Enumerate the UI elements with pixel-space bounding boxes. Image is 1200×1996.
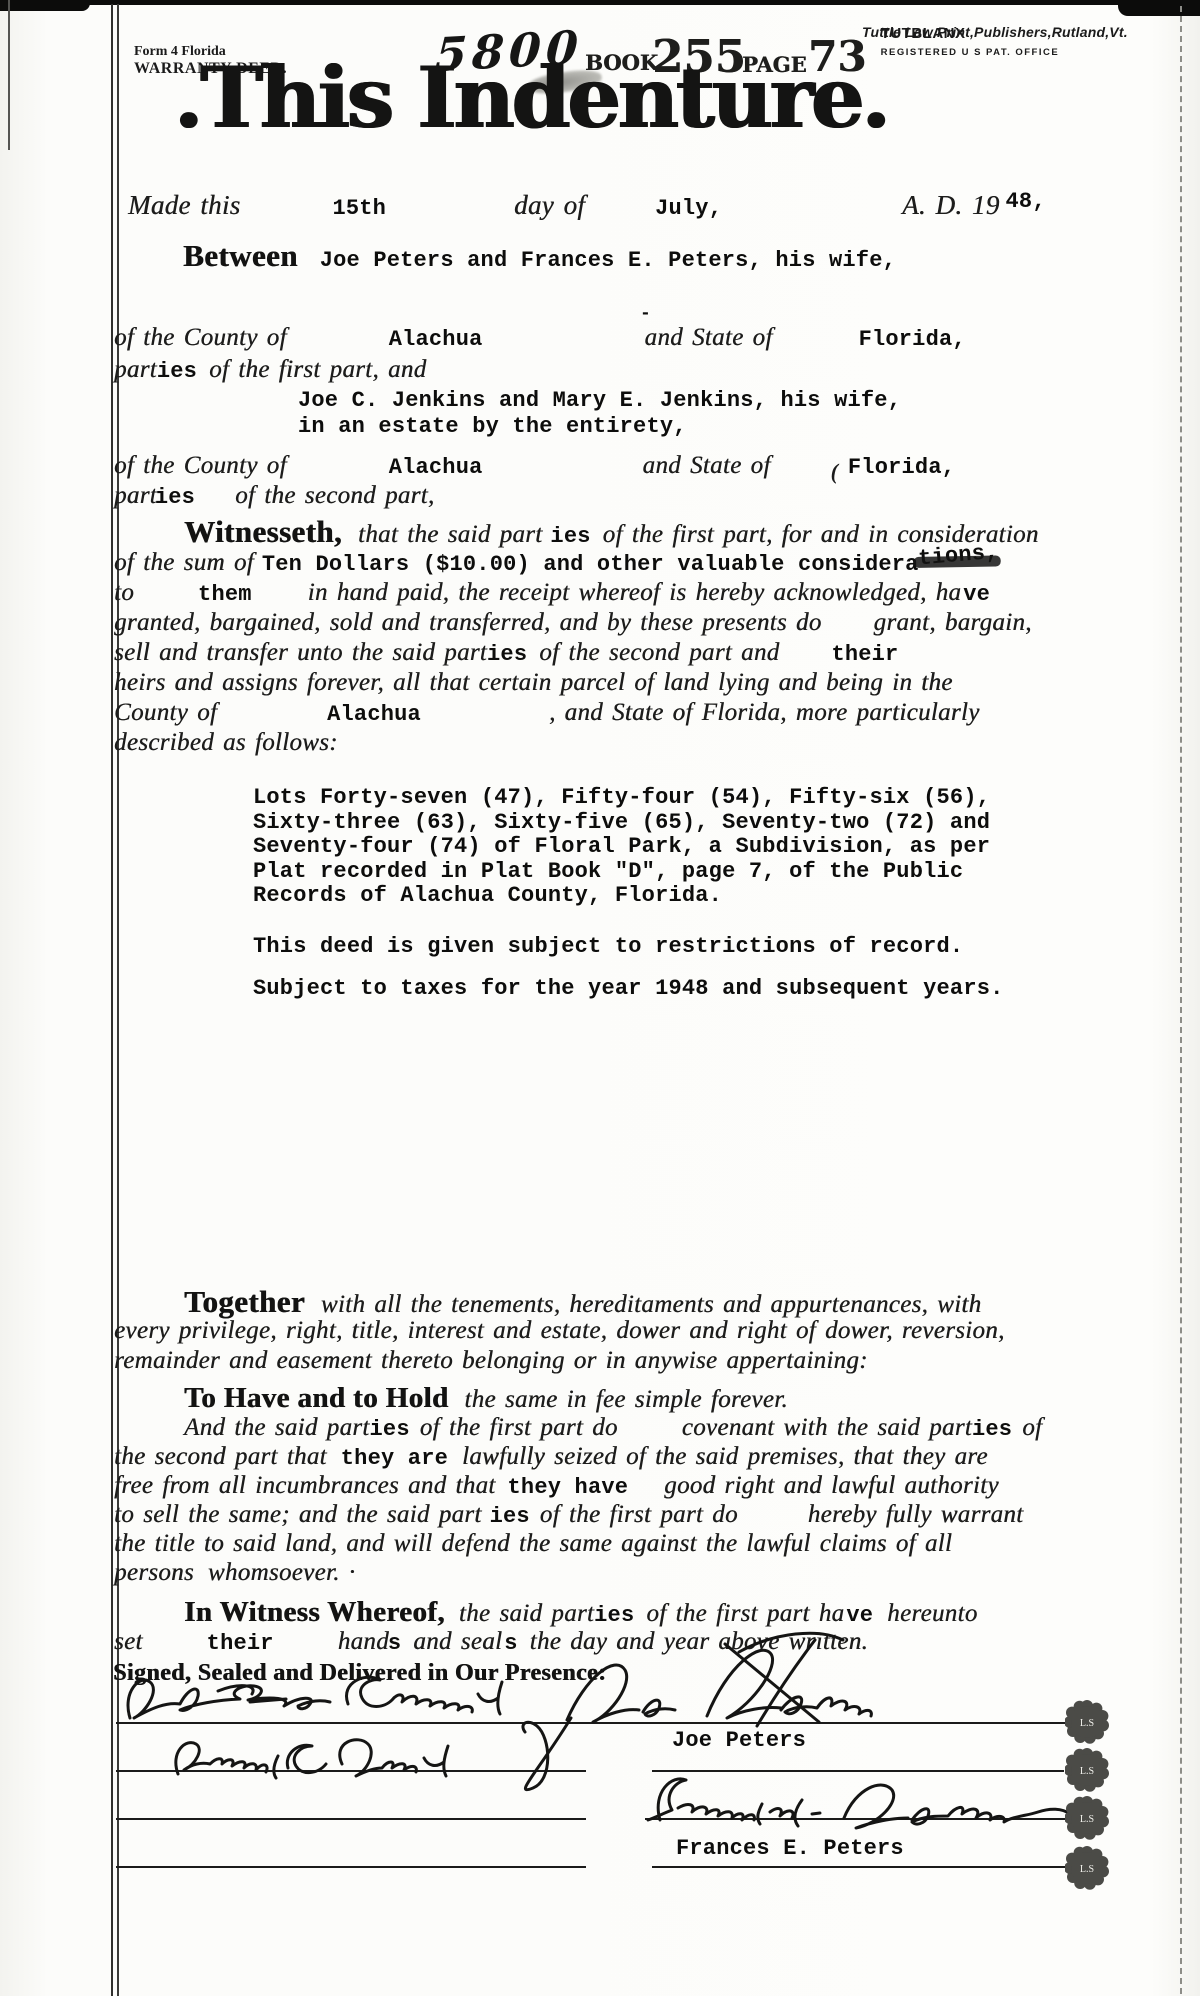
between-line: BetweenJoe Peters and Frances E. Peters,…	[183, 238, 896, 274]
text-segment: ies	[157, 359, 197, 384]
text-segment: of the first part do	[540, 1501, 738, 1528]
scan-top-edge	[0, 0, 1200, 5]
witnesseth-line-1: Witnesseth,that the said partiesof the f…	[184, 514, 1039, 550]
parties-second-part-line: partiesof the second part,	[114, 482, 434, 510]
text-segment: ies	[370, 1417, 410, 1442]
text-segment: covenant with the said part	[682, 1414, 972, 1441]
text-segment: Ten Dollars ($10.00) and other valuable …	[262, 552, 919, 577]
seal-label: L.S	[1080, 1864, 1094, 1875]
taxes-line: Subject to taxes for the year 1948 and s…	[253, 976, 1004, 1001]
text-segment: ve	[963, 582, 990, 607]
text-segment: hand	[338, 1628, 389, 1655]
text-segment: Witnesseth,	[184, 514, 342, 549]
publisher-line: Tuttle Law Print,Publishers,Rutland,Vt.	[862, 24, 1128, 40]
text-segment: 15th	[332, 196, 386, 221]
text-segment: , and State of Florida, more particularl…	[549, 699, 980, 726]
text-segment: persons	[114, 1559, 194, 1586]
seal-ls-4: L.S	[1065, 1846, 1109, 1895]
text-segment: part	[114, 356, 157, 383]
text-segment: Florida,	[859, 327, 966, 352]
parties-first-part-line: partiesof the first part, and	[114, 356, 426, 384]
text-segment: To Have and to Hold	[184, 1382, 448, 1414]
text-segment: to sell the same; and the said part	[114, 1501, 482, 1528]
together-line-2: every privilege, right, title, interest …	[114, 1317, 1005, 1345]
text-segment: hereby fully warrant	[808, 1501, 1024, 1528]
text-segment: Between	[183, 238, 298, 273]
text-segment: ies	[487, 642, 527, 667]
text-segment: Joe Peters and Frances E. Peters, his wi…	[320, 248, 896, 273]
grantees-estate-line: in an estate by the entirety,	[298, 414, 687, 439]
text-segment: July,	[655, 196, 722, 221]
covenant-line-4: to sell the same; and the said partiesof…	[114, 1501, 1023, 1529]
text-segment: of the County of	[114, 452, 287, 479]
restrictions-line: This deed is given subject to restrictio…	[253, 934, 963, 959]
text-segment: Alachua	[327, 702, 421, 727]
text-segment: their	[831, 642, 898, 667]
text-segment: of the sum of	[114, 549, 254, 576]
together-line-3: remainder and easement thereto belonging…	[114, 1347, 868, 1375]
text-segment: whomsoever. ·	[208, 1559, 355, 1586]
made-this-line: Made this15thday ofJuly,A. D. 1948,	[128, 190, 1046, 221]
text-segment: ve	[846, 1603, 873, 1628]
in-witness-line-1: In Witness Whereof,the said partiesof th…	[184, 1596, 978, 1629]
witness-signature-line-4	[116, 1866, 586, 1868]
text-segment: and State of	[643, 452, 771, 479]
county-line-second-part: of the County ofAlachuaand State of(Flor…	[114, 452, 955, 480]
witnesseth-line-2: of the sum ofTen Dollars ($10.00) and ot…	[114, 549, 999, 577]
typed-line: Records of Alachua County, Florida.	[253, 884, 990, 909]
seal-ls-1: L.S	[1065, 1700, 1109, 1749]
text-segment: day of	[514, 190, 585, 220]
covenant-line-3: free from all incumbrances and thatthey …	[114, 1472, 999, 1500]
covenant-line-2: the second part thatthey arelawfully sei…	[114, 1443, 988, 1471]
legal-description-block: Lots Forty-seven (47), Fifty-four (54), …	[253, 786, 990, 909]
text-segment: with all the tenements, hereditaments an…	[321, 1291, 981, 1318]
witnesseth-line-5: sell and transfer unto the said partieso…	[114, 639, 898, 667]
text-segment: the second part that	[114, 1443, 327, 1470]
witnesseth-line-7: County ofAlachua, and State of Florida, …	[114, 699, 979, 727]
text-segment: s	[388, 1631, 401, 1656]
text-segment: the said part	[459, 1600, 594, 1627]
left-margin-rule-outer	[111, 4, 113, 1996]
typed-line: Plat recorded in Plat Book "D", page 7, …	[253, 860, 990, 885]
witnesseth-line-8: described as follows:	[114, 729, 338, 757]
text-segment: Florida,	[848, 455, 955, 480]
seal-label: L.S	[1080, 1766, 1094, 1777]
deed-scan-page: Form 4 Florida WARRANTY DEED. TUTBLANX R…	[0, 0, 1200, 1996]
document-title: .This Indenture.	[108, 48, 953, 147]
left-margin-rule-inner	[117, 4, 119, 1996]
scan-corner-right	[1118, 0, 1200, 16]
text-segment: ies	[550, 524, 590, 549]
covenant-line-1: And the said partiesof the first part do…	[184, 1414, 1042, 1442]
text-segment: free from all incumbrances and that	[114, 1472, 496, 1499]
text-segment: them	[198, 582, 252, 607]
typed-line: Lots Forty-seven (47), Fifty-four (54), …	[253, 786, 990, 811]
text-segment: grant, bargain,	[874, 609, 1032, 636]
text-segment: that the said part	[358, 521, 542, 548]
text-segment: set	[114, 1628, 143, 1655]
text-segment: granted, bargained, sold and transferred…	[114, 609, 822, 636]
text-segment: they are	[341, 1446, 448, 1471]
text-segment: lawfully seized of the said premises, th…	[462, 1443, 988, 1470]
text-segment: A. D. 19	[902, 190, 999, 220]
witnesseth-line-4: granted, bargained, sold and transferred…	[114, 609, 1032, 637]
text-segment: good right and lawful authority	[664, 1472, 999, 1499]
text-segment: to	[114, 579, 134, 606]
together-line-1: Togetherwith all the tenements, heredita…	[184, 1284, 981, 1320]
witnesseth-line-6: heirs and assigns forever, all that cert…	[114, 669, 953, 697]
signature-witness-davis	[166, 1734, 506, 1791]
text-segment: hereunto	[887, 1600, 977, 1627]
text-segment: remainder and easement thereto belonging…	[114, 1347, 868, 1374]
right-margin-rule	[1180, 6, 1182, 1994]
text-segment: the same in fee simple forever.	[464, 1386, 788, 1413]
seal-ls-2: L.S	[1065, 1748, 1109, 1797]
text-segment: heirs and assigns forever, all that cert…	[114, 669, 953, 696]
text-segment: County of	[114, 699, 217, 726]
text-segment: ies	[594, 1603, 634, 1628]
covenant-line-6: personswhomsoever. ·	[114, 1559, 355, 1587]
typed-line: Sixty-three (63), Sixty-five (65), Seven…	[253, 811, 990, 836]
text-segment: Together	[184, 1284, 305, 1319]
text-segment: of the first part, and	[209, 356, 426, 383]
text-segment: of the County of	[114, 324, 287, 351]
text-segment: of	[1022, 1414, 1042, 1441]
text-segment: and State of	[645, 324, 773, 351]
typed-name-joe-peters: Joe Peters	[672, 1728, 806, 1753]
grantees-names-line: Joe C. Jenkins and Mary E. Jenkins, his …	[298, 388, 901, 413]
text-segment: of the second part and	[539, 639, 779, 666]
text-segment: ies	[972, 1417, 1012, 1442]
seal-label: L.S	[1080, 1814, 1094, 1825]
left-edge-mark	[8, 0, 10, 150]
witness-signature-line-3	[116, 1818, 586, 1820]
text-segment: (	[831, 459, 838, 484]
text-segment: their	[207, 1631, 274, 1656]
text-segment: Joe C. Jenkins and Mary E. Jenkins, his …	[298, 388, 901, 413]
ink-artifact-dash: -	[640, 304, 651, 324]
text-segment: Alachua	[389, 455, 483, 480]
scan-corner-left	[0, 0, 90, 11]
typed-name-frances-peters: Frances E. Peters	[676, 1836, 904, 1861]
text-segment: of the second part,	[235, 482, 434, 509]
text-segment: And the said part	[184, 1414, 370, 1441]
text-segment: of the first part do	[420, 1414, 618, 1441]
covenant-line-5: the title to said land, and will defend …	[114, 1530, 952, 1558]
text-segment: of the first part ha	[646, 1600, 844, 1627]
county-line-first-part: of the County ofAlachuaand State ofFlori…	[114, 324, 966, 352]
text-segment: Made this	[128, 190, 240, 220]
witnesseth-line-3: tothemin hand paid, the receipt whereof …	[114, 579, 990, 607]
text-segment: in hand paid, the receipt whereof is her…	[308, 579, 962, 606]
have-and-hold-line: To Have and to Holdthe same in fee simpl…	[184, 1382, 788, 1415]
text-segment: the title to said land, and will defend …	[114, 1530, 952, 1557]
seal-ls-3: L.S	[1065, 1796, 1109, 1845]
text-segment: 48,	[1006, 189, 1046, 214]
text-segment: Alachua	[389, 327, 483, 352]
seal-label: L.S	[1080, 1718, 1094, 1729]
text-segment: sell and transfer unto the said part	[114, 639, 487, 666]
text-segment: part	[114, 482, 157, 509]
text-segment: they have	[508, 1475, 629, 1500]
text-segment: described as follows:	[114, 729, 338, 756]
text-segment: every privilege, right, title, interest …	[114, 1317, 1005, 1344]
text-segment: ies	[155, 485, 195, 510]
text-segment: ies	[490, 1504, 530, 1529]
text-segment: in an estate by the entirety,	[298, 414, 687, 439]
grantor-signature-line-4	[652, 1866, 1067, 1868]
typed-line: Seventy-four (74) of Floral Park, a Subd…	[253, 835, 990, 860]
text-segment: In Witness Whereof,	[184, 1596, 445, 1628]
